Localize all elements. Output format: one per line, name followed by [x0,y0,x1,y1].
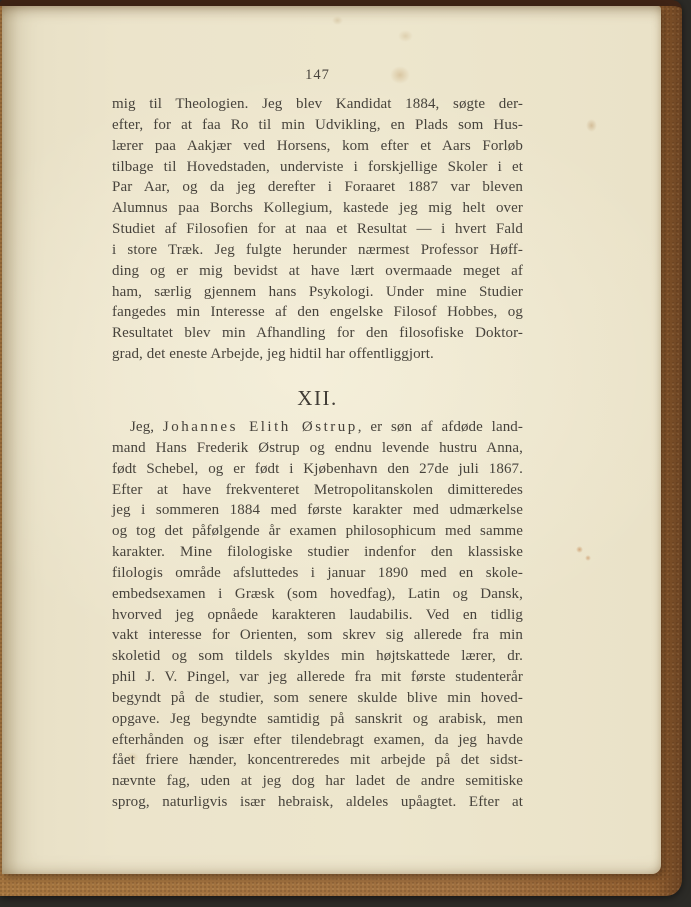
text-line: nævnte fag, uden at jeg dog har ladet de… [112,771,523,792]
author-name: Johannes Elith Østrup [163,419,358,435]
paragraph-continuation: mig til Theologien. Jeg blev Kandidat 18… [112,94,523,365]
text-line: grad, det eneste Arbejde, jeg hidtil har… [112,344,523,365]
text-line: filologis område afsluttedes i januar 18… [112,563,523,584]
text-line: Alumnus paa Borchs Kollegium, kastede je… [112,198,523,219]
text-line: mand Hans Frederik Østrup og endnu leven… [112,438,523,459]
scanned-book-photo: 147 mig til Theologien. Jeg blev Kandida… [0,0,691,907]
text-line: hvorved jeg opnåede karakteren laudabili… [112,605,523,626]
foxing-stain [576,546,583,553]
text-line: skoletid og som tildels skyldes min højt… [112,646,523,667]
text-column: 147 mig til Theologien. Jeg blev Kandida… [112,66,523,813]
text-line: jeg i sommeren 1884 med første karakter … [112,500,523,521]
text-line: vakt interesse for Orienten, som skrev s… [112,625,523,646]
text-line: fået friere hænder, koncentreredes mit a… [112,750,523,771]
first-line-prefix: Jeg, [130,419,163,435]
paragraph-body-lines: mand Hans Frederik Østrup og endnu leven… [112,438,523,813]
text-line: embedsexamen i Græsk (som hovedfag), Lat… [112,584,523,605]
section-heading: XII. [112,387,523,410]
text-line: karakter. Mine filologiske studier inden… [112,542,523,563]
text-line: født Schebel, og er født i Kjøbenhavn de… [112,459,523,480]
text-line: lærer paa Aakjær ved Horsens, kom efter … [112,136,523,157]
text-line: Efter at have frekventeret Metropolitans… [112,480,523,501]
text-line: efter, for at faa Ro til min Udvikling, … [112,115,523,136]
text-line: begyndt på de studier, som senere skulde… [112,688,523,709]
page-number: 147 [112,66,523,84]
first-line-suffix: , er søn af afdøde land- [358,419,523,435]
text-line: Studiet af Filosofien for at naa et Resu… [112,219,523,240]
text-line: i store Træk. Jeg fulgte herunder nærmes… [112,240,523,261]
text-line: efterhånden og især efter tilendebragt e… [112,730,523,751]
foxing-stain [332,16,343,25]
text-line: og tog det påfølgende år examen philosop… [112,521,523,542]
text-line: fangedes min Interesse af den engelske F… [112,302,523,323]
text-line: sprog, naturligvis især hebraisk, aldele… [112,792,523,813]
text-line: ding og er mig bevidst at have lært over… [112,261,523,282]
text-line: Par Aar, og da jeg derefter i Foraaret 1… [112,177,523,198]
foxing-stain [585,555,591,561]
text-line: opgave. Jeg begyndte samtidig på sanskri… [112,709,523,730]
text-line: Resultatet blev min Afhandling for den f… [112,323,523,344]
book-page: 147 mig til Theologien. Jeg blev Kandida… [2,6,661,874]
paragraph-autobiography: Jeg, Johannes Elith Østrup, er søn af af… [112,417,523,813]
text-line: tilbage til Hovedstaden, underviste i fo… [112,157,523,178]
foxing-stain [398,30,413,42]
text-line: mig til Theologien. Jeg blev Kandidat 18… [112,94,523,115]
text-line: phil J. V. Pingel, var jeg allerede fra … [112,667,523,688]
foxing-stain [586,119,597,132]
paragraph-first-line: Jeg, Johannes Elith Østrup, er søn af af… [112,417,523,438]
text-line: ham, særlig gjennem hans Psykologi. Unde… [112,282,523,303]
